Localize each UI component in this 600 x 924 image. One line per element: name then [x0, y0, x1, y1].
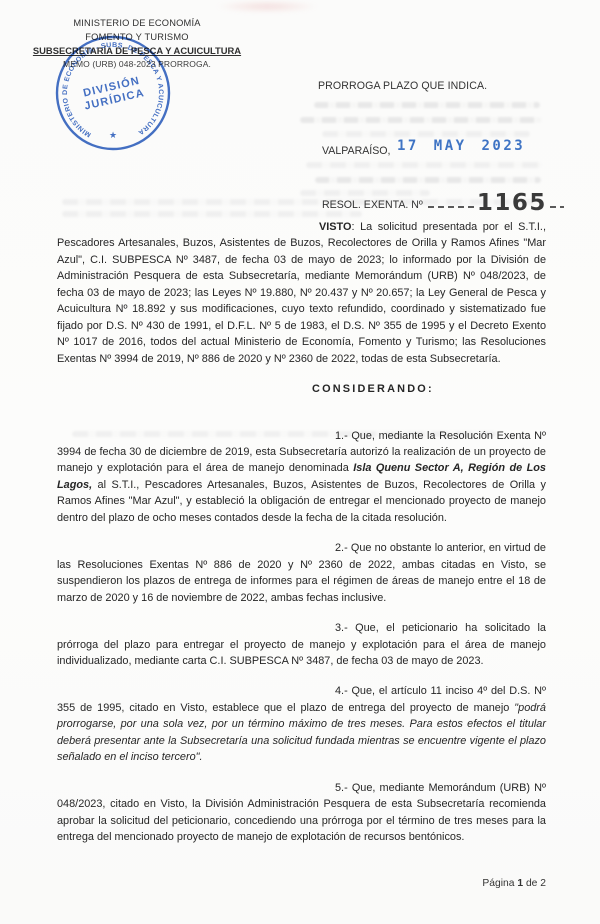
visto-text: : La solicitud presentada por el S.T.I.,… [57, 221, 546, 365]
resolution-number: 1165 [477, 192, 547, 215]
bleedthrough-artifact [315, 177, 541, 183]
resolution-label: RESOL. EXENTA. Nº [322, 199, 423, 214]
bleedthrough-artifact [62, 211, 362, 217]
considerando-paragraph-3: 3.- Que, el peticionario ha solicitado l… [57, 620, 546, 669]
bleedthrough-artifact [314, 102, 540, 108]
date-stamp: 17 MAY 2023 [397, 138, 525, 154]
footer-label: Página [482, 878, 517, 889]
resolution-number-row: RESOL. EXENTA. Nº 1165 [322, 192, 564, 214]
paragraph-text: al S.T.I., Pescadores Artesanales, Buzos… [57, 479, 546, 524]
visto-label: VISTO [319, 221, 351, 233]
document-body: VISTO: La solicitud presentada por el S.… [57, 219, 546, 860]
dashed-line [428, 206, 474, 208]
considerando-paragraph-2: 2.- Que no obstante lo anterior, en virt… [57, 540, 546, 606]
bleedthrough-artifact [322, 131, 530, 137]
paragraph-text: 4.- Que, el artículo 11 inciso 4º del D.… [57, 685, 546, 713]
subject-line: PRORROGA PLAZO QUE INDICA. [318, 80, 487, 92]
visto-paragraph: VISTO: La solicitud presentada por el S.… [57, 219, 546, 367]
place-line: VALPARAÍSO, [322, 145, 391, 157]
ministry-name: MINISTERIO DE ECONOMÍA [30, 17, 244, 31]
division-juridica-stamp: MINISTERIO DE ECONOMÍA - SUBS. DE PESCA … [52, 32, 174, 154]
considerando-paragraph-1: 1.- Que, mediante la Resolución Exenta N… [57, 428, 546, 527]
scan-smudge [215, 0, 319, 13]
star-icon: ★ [109, 130, 117, 140]
dashed-line [550, 206, 564, 208]
bleedthrough-artifact [300, 117, 542, 123]
considerando-heading: CONSIDERANDO: [312, 381, 546, 397]
considerando-paragraph-4: 4.- Que, el artículo 11 inciso 4º del D.… [57, 683, 546, 765]
considerando-paragraph-5: 5.- Que, mediante Memorándum (URB) Nº 04… [57, 780, 546, 846]
page-footer: Página 1 de 2 [482, 878, 546, 889]
footer-label: de 2 [523, 878, 546, 889]
bleedthrough-artifact [306, 162, 542, 168]
